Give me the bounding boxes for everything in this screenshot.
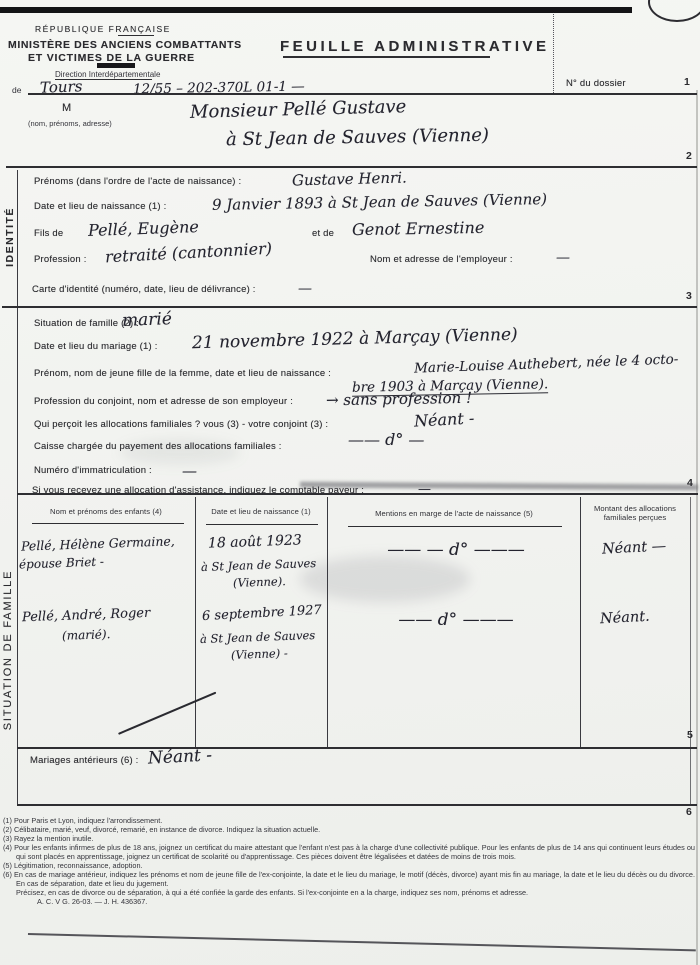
child-name-handwriting: épouse Briet - <box>19 555 104 572</box>
table-col-divider-2 <box>327 497 328 747</box>
child-mention-handwriting: —— d° ——— <box>342 610 570 630</box>
carte-identite-handwriting: — <box>298 281 312 297</box>
mariages-anterieurs-label: Mariages antérieurs (6) : <box>30 755 138 766</box>
child-birth-handwriting: 18 août 1923 <box>208 532 302 551</box>
child-birth-handwriting: (Vienne). <box>233 574 286 590</box>
dossier-box-divider <box>553 14 554 93</box>
scan-right-edge <box>696 90 698 965</box>
footnote-6b: Précisez, en cas de divorce ou de sépara… <box>3 888 695 897</box>
divider-3 <box>2 306 697 308</box>
footnotes-block: (1) Pour Paris et Lyon, indiquez l'arron… <box>3 816 695 906</box>
margin-mark-3: 3 <box>686 290 692 302</box>
femme-label: Prénom, nom de jeune fille de la femme, … <box>34 368 331 379</box>
child-name-handwriting: Pellé, Hélène Germaine, <box>21 533 175 553</box>
immatriculation-label: Numéro d'immatriculation : <box>34 465 152 476</box>
child-name-handwriting: Pellé, André, Roger <box>22 606 151 625</box>
scan-corner-circle <box>648 0 700 22</box>
divider-2 <box>6 166 697 168</box>
table-header-date-underline <box>206 524 318 525</box>
direction-de-label: de <box>12 85 21 95</box>
footnote-1: (1) Pour Paris et Lyon, indiquez l'arron… <box>3 816 695 825</box>
employeur-handwriting: — <box>556 250 570 266</box>
famille-section-title: SITUATION DE FAMILLE <box>2 490 14 810</box>
table-header-montant-line1: Montant des allocations <box>584 504 686 513</box>
void-slash-mark <box>118 692 216 735</box>
naissance-handwriting: 9 Janvier 1893 à St Jean de Sauves (Vien… <box>212 190 547 214</box>
table-header-nom: Nom et prénoms des enfants (4) <box>22 507 190 516</box>
republique-label: RÉPUBLIQUE FRANÇAISE <box>35 24 171 34</box>
profession-handwriting: retraité (cantonnier) <box>105 239 273 267</box>
date-mariage-label: Date et lieu du mariage (1) : <box>34 341 158 352</box>
allocations-label: Qui perçoit les allocations familiales ?… <box>34 419 328 430</box>
profession-conjoint-handwriting: → sans profession ! <box>326 389 472 410</box>
divider-6 <box>17 804 697 806</box>
allocations-handwriting: Néant - <box>414 408 475 430</box>
dossier-label: N° du dossier <box>566 78 626 89</box>
pere-handwriting: Pellé, Eugène <box>88 217 199 240</box>
divider-5 <box>17 747 697 749</box>
immatriculation-handwriting: — <box>182 462 197 480</box>
profession-conjoint-label: Profession du conjoint, nom et adresse d… <box>34 396 293 407</box>
m-sub-label: (nom, prénoms, adresse) <box>28 119 112 128</box>
table-header-mentions-underline <box>348 526 562 527</box>
child-birth-handwriting: à St Jean de Sauves <box>200 628 316 646</box>
prenoms-label: Prénoms (dans l'ordre de l'acte de naiss… <box>34 176 241 187</box>
scan-top-bar <box>0 7 632 13</box>
table-header-nom-underline <box>32 523 184 524</box>
table-header-montant-line2: familiales perçues <box>584 513 686 522</box>
margin-mark-1: 1 <box>684 76 690 88</box>
prenoms-handwriting: Gustave Henri. <box>292 169 407 190</box>
ministere-ink-bar <box>97 63 135 68</box>
table-header-date: Date et lieu de naissance (1) <box>198 507 324 516</box>
naissance-label: Date et lieu de naissance (1) : <box>34 201 166 212</box>
left-margin-rule <box>17 170 18 806</box>
caisse-label: Caisse chargée du payement des allocatio… <box>34 441 282 452</box>
caisse-handwriting: —— d° — <box>348 430 424 449</box>
table-header-mentions: Mentions en marge de l'acte de naissance… <box>332 509 576 518</box>
table-right-rule <box>690 497 691 805</box>
date-mariage-handwriting: 21 novembre 1922 à Marçay (Vienne) <box>192 325 518 354</box>
margin-mark-4: 4 <box>687 477 693 489</box>
scanned-form-page: RÉPUBLIQUE FRANÇAISE MINISTÈRE DES ANCIE… <box>0 0 700 965</box>
child-allocation-handwriting: Néant — <box>602 538 667 557</box>
child-birth-handwriting: à St Jean de Sauves <box>201 556 317 574</box>
mere-handwriting: Genot Ernestine <box>352 218 485 239</box>
republique-underline <box>118 35 154 36</box>
footnote-5: (5) Légitimation, reconnaissance, adopti… <box>3 861 695 870</box>
footnote-4: (4) Pour les enfants infirmes de plus de… <box>3 843 695 861</box>
situation-famille-handwriting: marié <box>122 309 173 331</box>
dossier-reference-handwriting: 12/55 – 202-370L 01-1 — <box>133 79 305 98</box>
child-birth-handwriting: (Vienne) - <box>231 646 288 662</box>
identite-section-title: IDENTITÉ <box>4 182 16 292</box>
child-mention-handwriting: —— — d° ——— <box>342 540 570 560</box>
margin-mark-2: 2 <box>686 150 692 162</box>
mariages-anterieurs-handwriting: Néant - <box>148 745 213 768</box>
profession-label: Profession : <box>34 254 87 265</box>
scan-bottom-line <box>28 933 696 951</box>
form-title: FEUILLE ADMINISTRATIVE <box>280 38 550 55</box>
footnote-3: (3) Rayez la mention inutile. <box>3 834 695 843</box>
adresse-line2-handwriting: à St Jean de Sauves (Vienne) <box>226 125 489 151</box>
ministere-line1: MINISTÈRE DES ANCIENS COMBATTANTS <box>8 39 242 51</box>
table-col-divider-3 <box>580 497 581 747</box>
m-label: M <box>62 102 71 114</box>
femme-handwriting-1: Marie-Louise Authebert, née le 4 octo- <box>414 351 679 376</box>
carte-identite-label: Carte d'identité (numéro, date, lieu de … <box>32 284 256 295</box>
divider-4 <box>17 493 698 495</box>
et-de-label: et de <box>312 228 334 239</box>
table-col-divider-1 <box>195 497 196 747</box>
footnote-6: (6) En cas de mariage antérieur, indique… <box>3 870 695 888</box>
divider-1 <box>28 93 697 95</box>
form-title-underline <box>283 56 490 58</box>
employeur-label: Nom et adresse de l'employeur : <box>370 254 513 265</box>
child-name-handwriting: (marié). <box>62 627 111 643</box>
child-allocation-handwriting: Néant. <box>600 609 650 628</box>
scan-blot-1 <box>300 556 470 602</box>
fils-de-label: Fils de <box>34 228 63 239</box>
child-birth-handwriting: 6 septembre 1927 <box>202 603 322 624</box>
form-reference-number: A. C. V G. 26-03. — J. H. 436367. <box>3 897 695 906</box>
margin-mark-5: 5 <box>687 729 693 741</box>
adresse-line1-handwriting: Monsieur Pellé Gustave <box>190 96 407 123</box>
footnote-2: (2) Célibataire, marié, veuf, divorcé, r… <box>3 825 695 834</box>
